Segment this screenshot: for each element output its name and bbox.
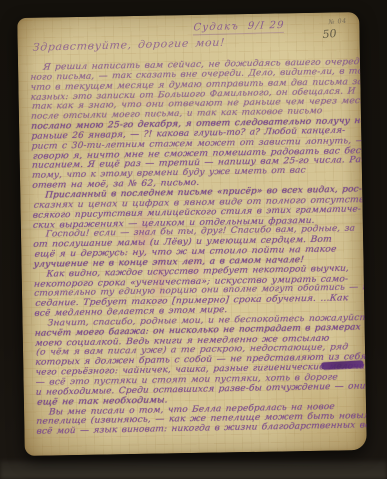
page-number-pencil: 50 [322,27,337,41]
letter-place-date: Судакъ 9/I 29 [193,20,285,36]
pencil-annotation: № 04 [328,17,347,26]
table-surface-band [0,461,387,479]
letter-page: Судакъ 9/I 29 № 04 50 Здравствуйте, доро… [17,12,367,456]
greeting-line: Здравствуйте, дорогие мои! [32,37,225,54]
letter-body: Я решил написать вам сейчас, не дожидаяс… [30,58,365,438]
photo-background: Судакъ 9/I 29 № 04 50 Здравствуйте, доро… [0,0,387,479]
